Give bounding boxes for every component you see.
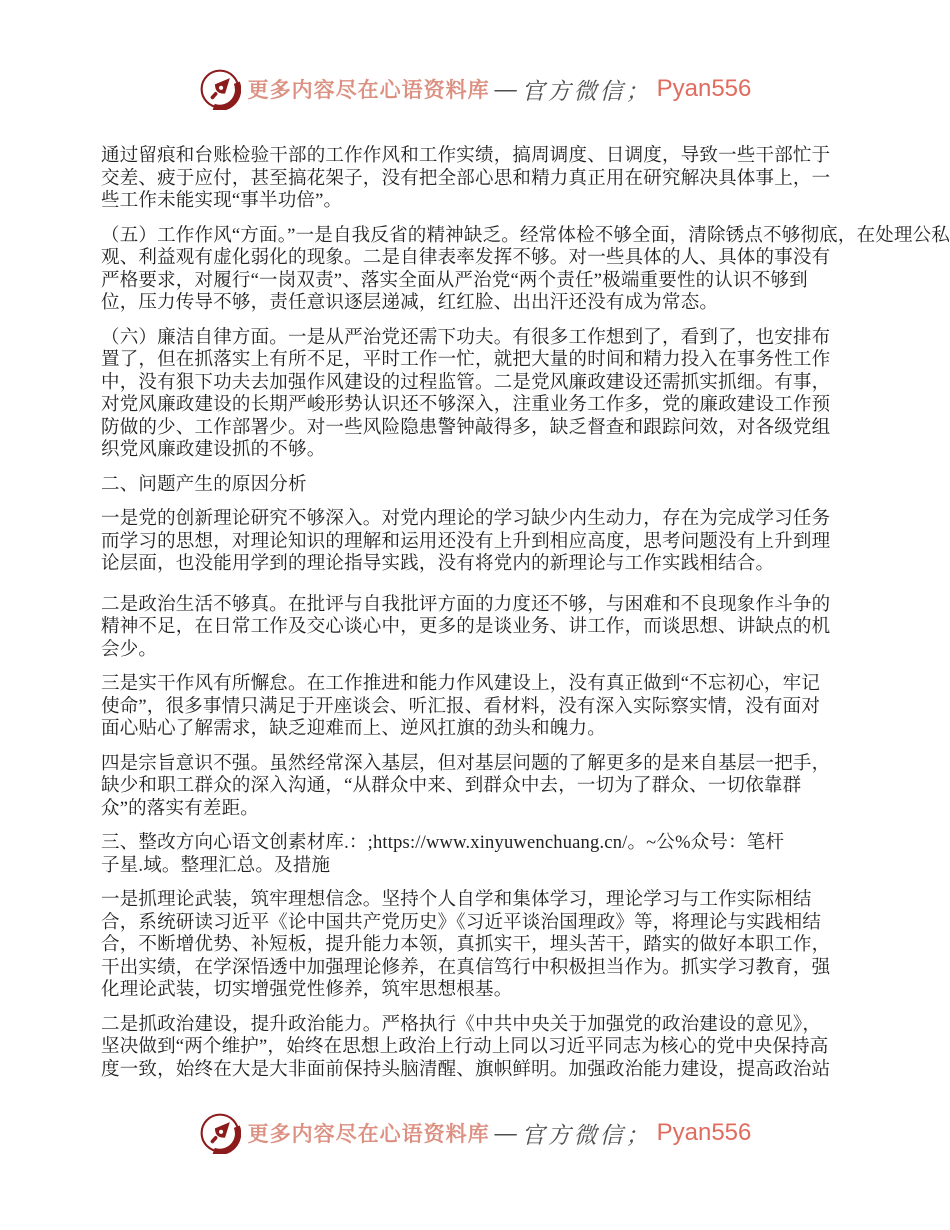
text-line: 二是抓政治建设，提升政治能力。严格执行《中共中央关于加强党的政治建设的意见》， xyxy=(101,1014,950,1037)
text-line: 二、问题产生的原因分析 xyxy=(101,474,950,497)
text-line: 合，系统研读习近平《论中国共产党历史》《习近平谈治国理政》等，将理论与实践相结 xyxy=(101,912,950,935)
pen-nib-logo-icon xyxy=(199,1112,241,1154)
text-line: 度一致，始终在大是大非面前保持头脑清醒、旗帜鲜明。加强政治能力建设，提高政治站 xyxy=(101,1059,950,1082)
paragraph-cause-1-theory: 一是党的创新理论研究不够深入。对党内理论的学习缺少内生动力，存在为完成学习任务而… xyxy=(101,508,950,576)
text-line: 而学习的思想，对理论知识的理解和运用还没有上升到相应高度，思考问题没有上升到理 xyxy=(101,531,950,554)
watermark-footer: 更多内容尽在心语资料库 — 官方微信； Pyan556 xyxy=(0,1112,950,1154)
text-line: 一是抓理论武装，筑牢理想信念。坚持个人自学和集体学习，理论学习与工作实际相结 xyxy=(101,889,950,912)
text-line: 三、整改方向心语文创素材库.：;https://www.xinyuwenchua… xyxy=(101,832,950,855)
text-line: 通过留痕和台账检验干部的工作作风和工作实绩，搞周调度、日调度，导致一些干部忙于 xyxy=(101,145,950,168)
watermark-wechat-id: Pyan556 xyxy=(657,1119,752,1147)
document-page: 更多内容尽在心语资料库 — 官方微信； Pyan556 通过留痕和台账检验干部的… xyxy=(0,0,950,1230)
text-line: 观、利益观有虚化弱化的现象。二是自律表率发挥不够。对一些具体的人、具体的事没有 xyxy=(101,247,950,270)
text-line: （六）廉洁自律方面。一是从严治党还需下功夫。有很多工作想到了，看到了，也安排布 xyxy=(101,327,950,350)
text-line: 缺少和职工群众的深入沟通，“从群众中来、到群众中去，一切为了群众、一切依靠群 xyxy=(101,775,950,798)
text-line: 些工作未能实现“事半功倍”。 xyxy=(101,190,950,213)
text-line: 使命”，很多事情只满足于开座谈会、听汇报、看材料，没有深入实际察实情，没有面对 xyxy=(101,696,950,719)
text-line: 三是实干作风有所懈怠。在工作推进和能力作风建设上，没有真正做到“不忘初心，牢记 xyxy=(101,673,950,696)
text-line: 会少。 xyxy=(101,639,950,662)
text-line: 子星.域。整理汇总。及措施 xyxy=(101,855,950,878)
paragraph-cause-4-purpose-awareness: 四是宗旨意识不强。虽然经常深入基层，但对基层问题的了解更多的是来自基层一把手，缺… xyxy=(101,753,950,821)
text-line: 精神不足，在日常工作及交心谈心中，更多的是谈业务、讲工作，而谈思想、讲缺点的机 xyxy=(101,616,950,639)
text-line: 化理论武装，切实增强党性修养，筑牢思想根基。 xyxy=(101,979,950,1002)
text-line: 众”的落实有差距。 xyxy=(101,798,950,821)
paragraph-section-5-work-style: （五）工作作风“方面。”一是自我反省的精神缺乏。经常体检不够全面，清除锈点不够彻… xyxy=(101,225,950,315)
watermark-dash: — xyxy=(495,76,517,102)
text-line: 面心贴心了解需求，缺乏迎难而上、逆风扛旗的劲头和魄力。 xyxy=(101,718,950,741)
watermark-brand-text: 更多内容尽在心语资料库 xyxy=(248,74,490,104)
text-line: 中，没有狠下功夫去加强作风建设的过程监管。二是党风廉政建设还需抓实抓细。有事， xyxy=(101,372,950,395)
watermark-header: 更多内容尽在心语资料库 — 官方微信； Pyan556 xyxy=(0,68,950,110)
text-line: 置了，但在抓落实上有所不足，平时工作一忙，就把大量的时间和精力投入在事务性工作 xyxy=(101,349,950,372)
text-line: 防做的少、工作部署少。对一些风险隐患警钟敲得多，缺乏督查和跟踪问效，对各级党组 xyxy=(101,417,950,440)
paragraph-measure-2-political-building: 二是抓政治建设，提升政治能力。严格执行《中共中央关于加强党的政治建设的意见》，坚… xyxy=(101,1014,950,1082)
pen-nib-logo-icon xyxy=(199,68,241,110)
text-line: 严格要求，对履行“一岗双责”、落实全面从严治党“两个责任”极端重要性的认识不够到 xyxy=(101,270,950,293)
watermark-dash: — xyxy=(495,1120,517,1146)
text-line: 四是宗旨意识不强。虽然经常深入基层，但对基层问题的了解更多的是来自基层一把手， xyxy=(101,753,950,776)
watermark-wechat-label: 官方微信； xyxy=(522,1117,652,1150)
heading-section-3-rectification: 三、整改方向心语文创素材库.：;https://www.xinyuwenchua… xyxy=(101,832,950,877)
text-line: 坚决做到“两个维护”，始终在思想上政治上行动上同以习近平同志为核心的党中央保持高 xyxy=(101,1036,950,1059)
paragraph-measure-1-theory-arming: 一是抓理论武装，筑牢理想信念。坚持个人自学和集体学习，理论学习与工作实际相结合，… xyxy=(101,889,950,1002)
document-body: 通过留痕和台账检验干部的工作作风和工作实绩，搞周调度、日调度，导致一些干部忙于交… xyxy=(101,145,950,1093)
text-line: 论层面，也没能用学到的理论指导实践，没有将党内的新理论与工作实践相结合。 xyxy=(101,553,950,576)
watermark-wechat-label: 官方微信； xyxy=(522,73,652,106)
text-line: 位，压力传导不够，责任意识逐层递减，红红脸、出出汗还没有成为常态。 xyxy=(101,292,950,315)
paragraph-work-traces: 通过留痕和台账检验干部的工作作风和工作实绩，搞周调度、日调度，导致一些干部忙于交… xyxy=(101,145,950,213)
watermark-wechat-id: Pyan556 xyxy=(657,75,752,103)
text-line: （五）工作作风“方面。”一是自我反省的精神缺乏。经常体检不够全面，清除锈点不够彻… xyxy=(101,225,950,248)
paragraph-cause-2-political-life: 二是政治生活不够真。在批评与自我批评方面的力度还不够，与困难和不良现象作斗争的精… xyxy=(101,594,950,662)
watermark-brand-text: 更多内容尽在心语资料库 xyxy=(248,1118,490,1148)
text-line: 织党风廉政建设抓的不够。 xyxy=(101,439,950,462)
text-line: 二是政治生活不够真。在批评与自我批评方面的力度还不够，与困难和不良现象作斗争的 xyxy=(101,594,950,617)
text-line: 交差、疲于应付，甚至搞花架子，没有把全部心思和精力真正用在研究解决具体事上，一 xyxy=(101,168,950,191)
text-line: 干出实绩，在学深悟透中加强理论修养，在真信笃行中积极担当作为。抓实学习教育，强 xyxy=(101,957,950,980)
heading-section-2-cause-analysis: 二、问题产生的原因分析 xyxy=(101,474,950,497)
text-line: 合，不断增优势、补短板，提升能力本领，真抓实干，埋头苦干，踏实的做好本职工作， xyxy=(101,934,950,957)
text-line: 对党风廉政建设的长期严峻形势认识还不够深入，注重业务工作多，党的廉政建设工作预 xyxy=(101,394,950,417)
paragraph-section-6-integrity: （六）廉洁自律方面。一是从严治党还需下功夫。有很多工作想到了，看到了，也安排布置… xyxy=(101,327,950,462)
paragraph-cause-3-work-attitude: 三是实干作风有所懈怠。在工作推进和能力作风建设上，没有真正做到“不忘初心，牢记使… xyxy=(101,673,950,741)
text-line: 一是党的创新理论研究不够深入。对党内理论的学习缺少内生动力，存在为完成学习任务 xyxy=(101,508,950,531)
